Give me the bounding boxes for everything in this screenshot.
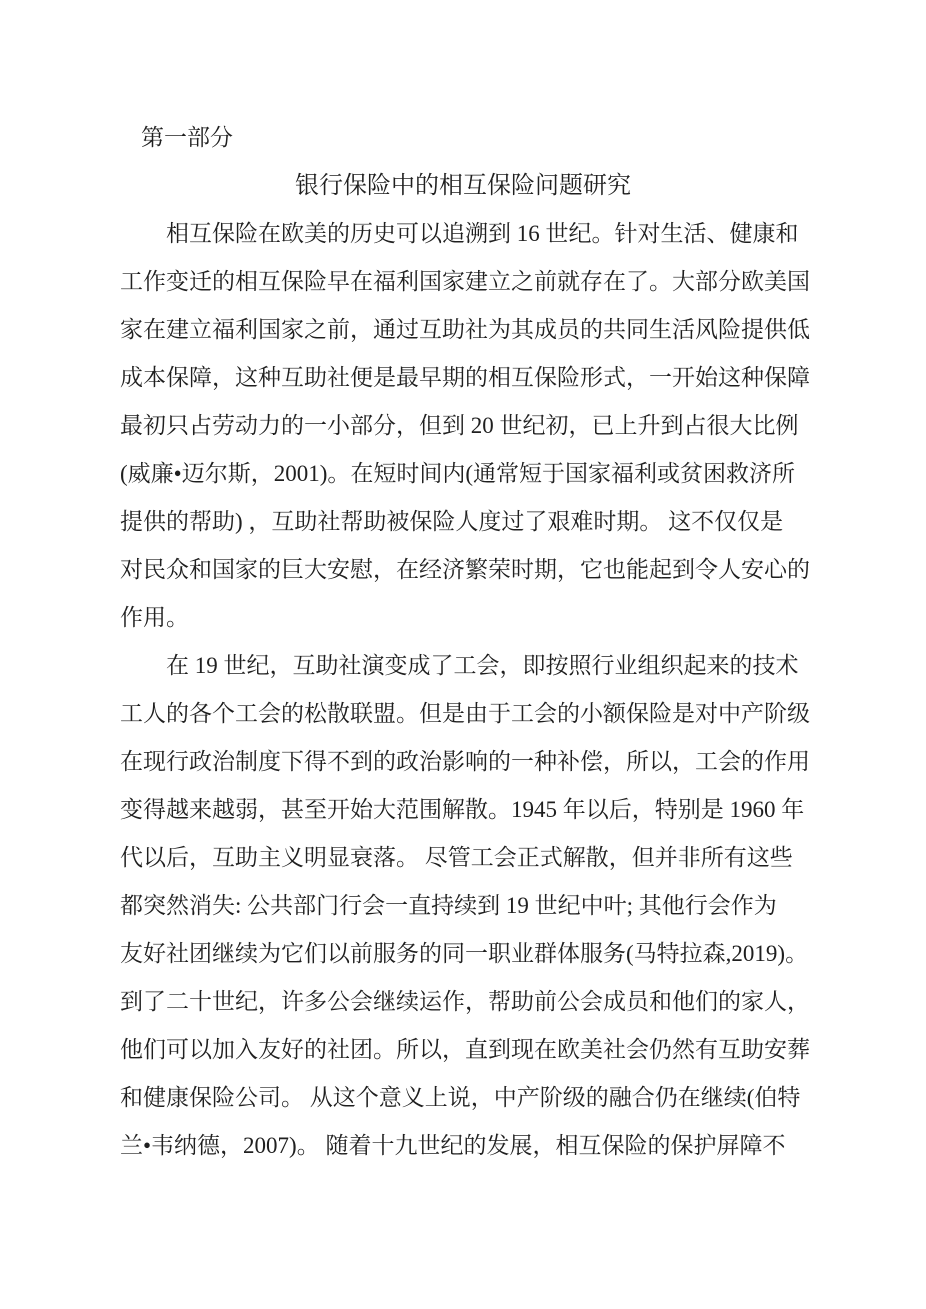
document-title: 银行保险中的相互保险问题研究 bbox=[120, 162, 806, 210]
section-label: 第一部分 bbox=[120, 114, 806, 162]
document-page: 第一部分 银行保险中的相互保险问题研究 相互保险在欧美的历史可以追溯到 16 世… bbox=[0, 0, 926, 1309]
document-content: 第一部分 银行保险中的相互保险问题研究 相互保险在欧美的历史可以追溯到 16 世… bbox=[0, 0, 926, 1170]
paragraph-evolution-into-unions: 在 19 世纪，互助社演变成了工会，即按照行业组织起来的技术 工人的各个工会的松… bbox=[120, 642, 806, 1170]
paragraph-history-of-mutual-insurance: 相互保险在欧美的历史可以追溯到 16 世纪。针对生活、健康和 工作变迁的相互保险… bbox=[120, 210, 806, 642]
